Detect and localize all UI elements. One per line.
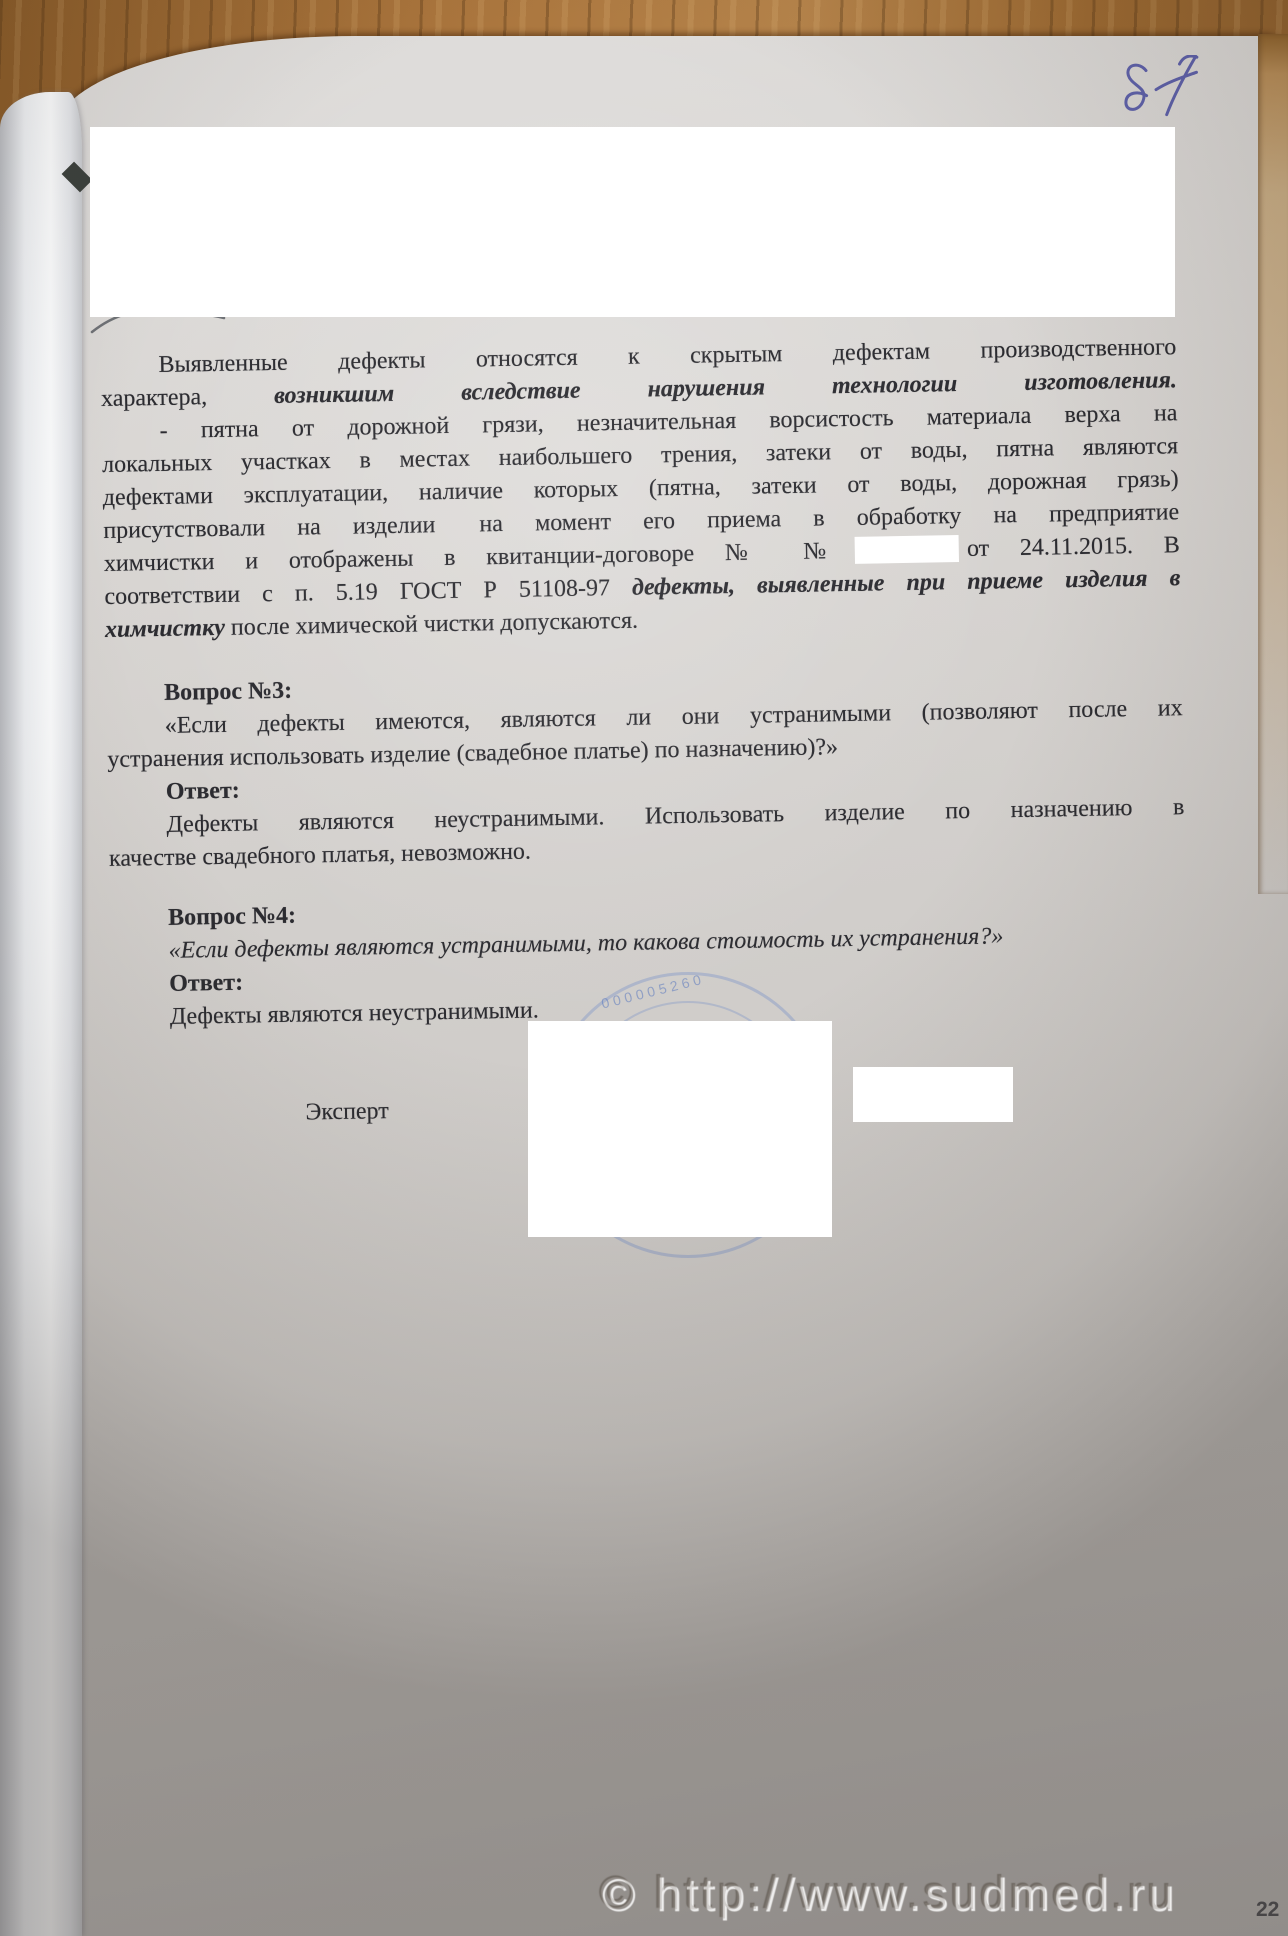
redaction-inline-receipt-number [855,535,959,564]
question-4: Вопрос №4:«Если дефекты являются устрани… [110,884,1188,1035]
redaction-box-header [90,127,1175,317]
book-edge-right [1258,34,1288,894]
text-segment: химчистку [105,615,231,643]
paragraph-findings: Выявленные дефекты относятся к скрытым д… [100,331,1181,647]
text-segment: дефекты, выявленные при приеме изделия в [632,565,1181,601]
text-segment: Ответ: [166,778,240,805]
photo-scene: 000005260 Эксперт Выявленные дефекты отн… [0,0,1288,1936]
text-segment: качестве свадебного платья, невозможно. [109,839,531,872]
redaction-box-signature [528,1021,832,1237]
text-segment: после химической чистки допускаются. [231,608,639,641]
page-number: 22 [1256,1898,1279,1922]
text-segment: соответствии с п. 5.19 ГОСТ Р 51108-97 [104,575,632,610]
expert-label: Эксперт [305,1095,389,1129]
question-3: Вопрос №3:«Если дефекты имеются, являютс… [106,659,1185,876]
text-segment: Вопрос №3: [164,678,292,706]
text-segment: характера, [101,383,275,412]
watermark: © http://www.sudmed.ru [600,1866,1177,1920]
text-segment: от 24.11.2015. В [967,532,1180,562]
redaction-box-right [853,1067,1013,1122]
text-segment: Ответ: [169,970,243,997]
book-binding-left [0,92,82,1936]
text-segment: Вопрос №4: [168,903,296,931]
text-segment: Дефекты являются неустранимыми. [170,997,539,1029]
handwritten-page-number: 87 [1112,55,1212,123]
